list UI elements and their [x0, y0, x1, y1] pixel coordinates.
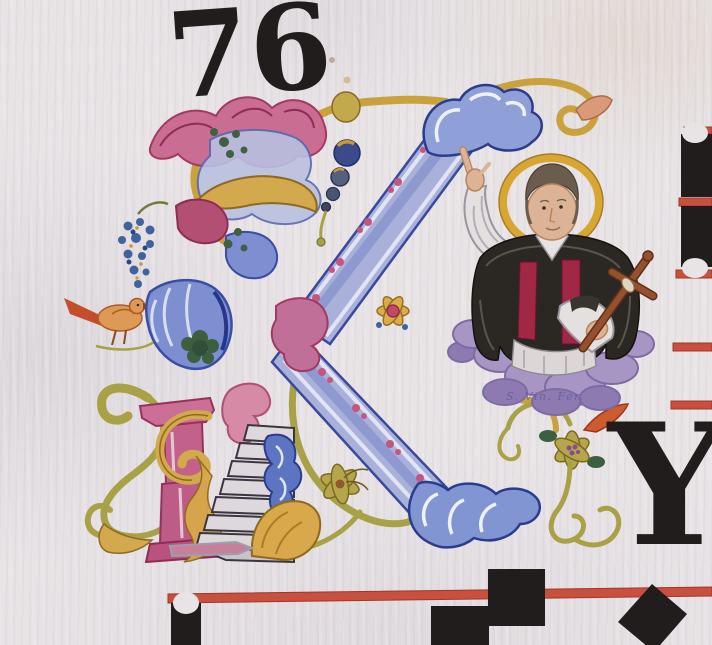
large-letter-y: Y: [606, 386, 712, 584]
bird-perch-vine: [96, 330, 158, 349]
vine-base-curl: [551, 512, 583, 541]
square-note: [488, 569, 545, 626]
saint-figure: S. Vin. Fer.: [448, 150, 654, 415]
bead-knob: [317, 238, 325, 246]
letter-fragment: [681, 134, 712, 197]
pointing-hand: [463, 150, 489, 191]
vine-coil: [499, 428, 519, 459]
salmon-leaf: [576, 96, 612, 120]
flower-center: [336, 480, 345, 489]
green-leaf: [539, 430, 557, 442]
blue-flower-cluster: [118, 202, 168, 288]
red-stripe: [518, 262, 537, 340]
gold-fringe-left: [99, 524, 152, 553]
letter-stem-notch: [173, 592, 199, 614]
k-wave-terminal: [409, 482, 540, 547]
saint-head: [526, 164, 578, 240]
bead: [322, 203, 331, 212]
bead-stem: [321, 211, 326, 238]
cluster-stem: [138, 202, 168, 214]
blue-scroll-small: [226, 232, 277, 278]
square-note: [431, 606, 489, 645]
staff-line-segment: [673, 343, 712, 351]
letter-fragment-notch: [682, 123, 708, 143]
manuscript-page: S. Vin. Fer. 76 Y: [0, 0, 712, 645]
eye: [542, 206, 546, 210]
vine-stem: [556, 462, 570, 512]
eye: [559, 205, 563, 209]
trefoil-flower: [318, 463, 368, 505]
gold-flower: [376, 294, 409, 330]
bird: [64, 298, 158, 349]
bead: [327, 188, 340, 201]
bird-tail: [64, 298, 102, 326]
manuscript-art: S. Vin. Fer. 76 Y: [0, 0, 712, 645]
bird-legs: [112, 330, 126, 345]
folio-number: 76: [163, 0, 337, 126]
flower-blue-dot: [376, 322, 382, 328]
cross-finial: [643, 251, 653, 261]
flower-center: [387, 305, 399, 317]
staff-line-bottom: [168, 587, 712, 603]
staff-line-segment: [679, 198, 712, 206]
letter-fragment-notch: [682, 258, 708, 278]
gold-bud: [332, 92, 360, 122]
pigment-fleck: [344, 77, 351, 84]
bead-chain: [317, 140, 360, 246]
bird-eye: [137, 304, 140, 307]
letter-fragment: [681, 206, 712, 267]
flower-blue-dot: [402, 324, 408, 330]
artist-inscription: S. Vin. Fer.: [506, 390, 585, 403]
